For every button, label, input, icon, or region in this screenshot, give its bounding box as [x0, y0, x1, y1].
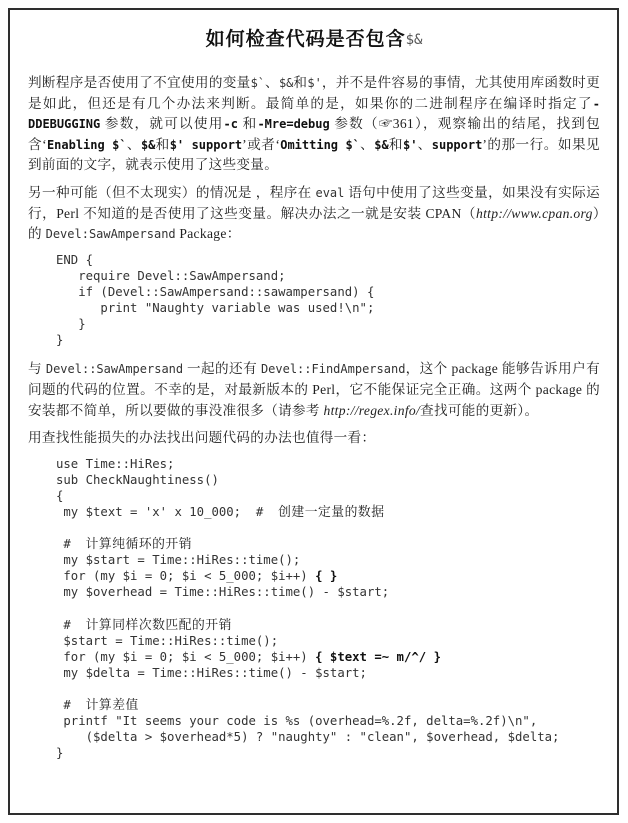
- text-segment: 计算纯循环的开销: [86, 537, 192, 551]
- code-line: printf "It seems your code is %s (overhe…: [56, 713, 600, 729]
- code-line: [56, 681, 600, 697]
- text-segment: Package：: [176, 226, 241, 241]
- code-line: ($delta > $overhead*5) ? "naughty" : "cl…: [56, 729, 600, 745]
- text-segment: }: [56, 333, 63, 347]
- text-segment: #: [56, 698, 86, 712]
- code-line: my $start = Time::HiRes::time();: [56, 552, 600, 568]
- code-line: }: [56, 316, 600, 332]
- code-block: END { require Devel::SawAmpersand; if (D…: [56, 252, 600, 349]
- text-segment: 与: [28, 361, 46, 376]
- text-segment: my $start = Time::HiRes::time();: [56, 553, 300, 567]
- code-line: [56, 601, 600, 617]
- text-segment: use Time::HiRes;: [56, 457, 174, 471]
- code-line: # 计算纯循环的开销: [56, 536, 600, 552]
- text-segment: if (Devel::SawAmpersand::sawampersand) {: [56, 285, 374, 299]
- text-segment: 一起的还有: [183, 361, 261, 376]
- text-segment: 和: [155, 137, 169, 152]
- text-segment: 、: [417, 137, 431, 152]
- text-segment: 判断程序是否使用了不宜使用的变量: [28, 75, 251, 90]
- code-line: if (Devel::SawAmpersand::sawampersand) {: [56, 284, 600, 300]
- text-segment: sub CheckNaughtiness(): [56, 473, 219, 487]
- code-line: END {: [56, 252, 600, 268]
- text-segment: $&: [141, 138, 155, 152]
- code-line: my $overhead = Time::HiRes::time() - $st…: [56, 584, 600, 600]
- text-segment: $': [403, 138, 417, 152]
- text-segment: 和: [293, 75, 307, 90]
- text-segment: my $text = 'x' x 10_000; #: [56, 505, 278, 519]
- text-segment: }: [56, 746, 63, 760]
- code-line: # 计算同样次数匹配的开销: [56, 617, 600, 633]
- text-segment: $&: [279, 76, 293, 90]
- code-line: for (my $i = 0; $i < 5_000; $i++) { $tex…: [56, 649, 600, 665]
- text-segment: print "Naughty variable was used!\n";: [56, 301, 374, 315]
- code-line: use Time::HiRes;: [56, 456, 600, 472]
- code-line: sub CheckNaughtiness(): [56, 472, 600, 488]
- text-segment: for (my $i = 0; $i < 5_000; $i++): [56, 650, 315, 664]
- code-line: [56, 520, 600, 536]
- page-title-code-fragment: $&: [406, 32, 423, 48]
- text-segment: printf "It seems your code is %s (overhe…: [56, 714, 537, 728]
- page-title-text: 如何检查代码是否包含: [206, 29, 406, 50]
- paragraph: 用查找性能损失的办法找出问题代码的办法也值得一看：: [28, 428, 600, 449]
- text-segment: 计算同样次数匹配的开销: [86, 618, 232, 632]
- text-segment: ($delta > $overhead*5) ? "naughty" : "cl…: [56, 730, 559, 744]
- text-segment: ’或者‘: [242, 137, 280, 152]
- code-line: my $text = 'x' x 10_000; # 创建一定量的数据: [56, 504, 600, 520]
- text-segment: my $overhead = Time::HiRes::time() - $st…: [56, 585, 389, 599]
- code-line: # 计算差值: [56, 697, 600, 713]
- text-segment: Omitting $`: [280, 138, 360, 152]
- code-line: my $delta = Time::HiRes::time() - $start…: [56, 665, 600, 681]
- text-segment: support: [432, 138, 483, 152]
- text-segment: 参数，就可以使用: [100, 116, 223, 131]
- text-segment: 计算差值: [86, 698, 139, 712]
- text-segment: $&: [374, 138, 388, 152]
- text-segment: 用查找性能损失的办法找出问题代码的办法也值得一看：: [28, 430, 375, 445]
- paragraph: 判断程序是否使用了不宜使用的变量$`、$&和$'，并不是件容易的事情，尤其使用库…: [28, 73, 600, 176]
- text-segment: $`: [251, 76, 265, 90]
- text-segment: Devel:SawAmpersand: [46, 227, 176, 241]
- text-segment: 和: [389, 137, 403, 152]
- text-segment: {: [56, 489, 63, 503]
- code-line: require Devel::SawAmpersand;: [56, 268, 600, 284]
- text-segment: 创建一定量的数据: [278, 505, 384, 519]
- text-segment: $start = Time::HiRes::time();: [56, 634, 278, 648]
- book-page: 如何检查代码是否包含$& 判断程序是否使用了不宜使用的变量$`、$&和$'，并不…: [8, 8, 619, 815]
- text-segment: $' support: [170, 138, 242, 152]
- text-segment: END {: [56, 253, 93, 267]
- text-segment: http://regex.info/: [323, 403, 420, 418]
- code-block: use Time::HiRes;sub CheckNaughtiness(){ …: [56, 456, 600, 762]
- text-segment: 查找可能的更新）。: [420, 403, 538, 418]
- text-segment: Devel::SawAmpersand: [46, 362, 183, 376]
- code-line: print "Naughty variable was used!\n";: [56, 300, 600, 316]
- page-title: 如何检查代码是否包含$&: [28, 24, 600, 51]
- text-segment: #: [56, 618, 86, 632]
- paragraph: 与 Devel::SawAmpersand 一起的还有 Devel::FindA…: [28, 359, 600, 421]
- code-line: {: [56, 488, 600, 504]
- text-segment: my $delta = Time::HiRes::time() - $start…: [56, 666, 367, 680]
- text-segment: $': [307, 76, 321, 90]
- text-segment: -c: [224, 117, 238, 131]
- text-segment: { }: [315, 569, 337, 583]
- text-segment: require Devel::SawAmpersand;: [56, 269, 286, 283]
- text-segment: 、: [265, 75, 279, 90]
- code-line: }: [56, 745, 600, 761]
- code-line: for (my $i = 0; $i < 5_000; $i++) { }: [56, 568, 600, 584]
- document-body: 判断程序是否使用了不宜使用的变量$`、$&和$'，并不是件容易的事情，尤其使用库…: [28, 73, 600, 761]
- code-line: $start = Time::HiRes::time();: [56, 633, 600, 649]
- text-segment: eval: [315, 186, 344, 200]
- text-segment: for (my $i = 0; $i < 5_000; $i++): [56, 569, 315, 583]
- code-line: }: [56, 332, 600, 348]
- text-segment: 、: [360, 137, 374, 152]
- text-segment: { $text =~ m/^/ }: [315, 650, 441, 664]
- text-segment: 、: [127, 137, 141, 152]
- text-segment: http://www.cpan.org: [476, 206, 593, 221]
- text-segment: 和: [238, 116, 257, 131]
- text-segment: }: [56, 317, 86, 331]
- text-segment: Enabling $`: [47, 138, 127, 152]
- paragraph: 另一种可能（但不太现实）的情况是 ，程序在 eval 语句中使用了这些变量，如果…: [28, 183, 600, 245]
- text-segment: #: [56, 537, 86, 551]
- text-segment: 另一种可能（但不太现实）的情况是 ，程序在: [28, 185, 315, 200]
- text-segment: -Mre=debug: [257, 117, 329, 131]
- text-segment: Devel::FindAmpersand: [261, 362, 406, 376]
